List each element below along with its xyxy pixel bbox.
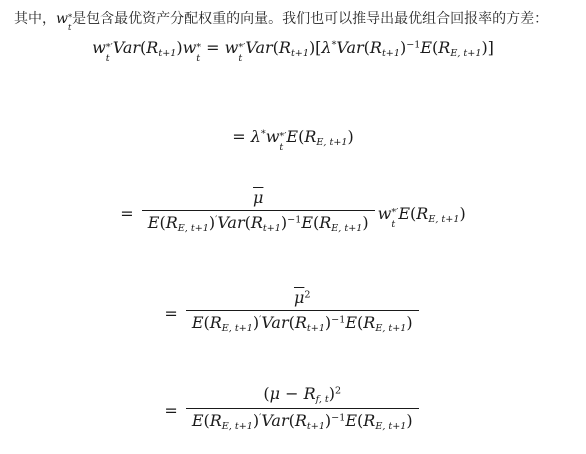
intro-text-suffix: 是包含最优资产分配权重的向量。我们也可以推导出最优组合回报率的方差： — [72, 10, 548, 26]
document-page: 其中，w*t是包含最优资产分配权重的向量。我们也可以推导出最优组合回报率的方差：… — [0, 0, 586, 454]
formula-mu-squared-form: = μ2E(RE, t+1)′Var(Rt+1)−1E(RE, t+1) — [0, 288, 586, 341]
inline-math-w-star-t: w*t — [56, 11, 72, 27]
intro-paragraph: 其中，w*t是包含最优资产分配权重的向量。我们也可以推导出最优组合回报率的方差： — [14, 8, 578, 32]
formula-excess-return-squared-form: = (μ − Rf, t)2E(RE, t+1)′Var(Rt+1)−1E(RE… — [0, 384, 586, 439]
formula-mu-fraction-form: = μE(RE, t+1)′Var(Rt+1)−1E(RE, t+1)w*′tE… — [0, 188, 586, 241]
intro-text-prefix: 其中， — [14, 10, 56, 26]
formula-variance-expansion: w*′tVar(Rt+1)w*t = w*′tVar(Rt+1)[λ*Var(R… — [0, 38, 586, 64]
formula-lambda-form: = λ*w*′tE(RE, t+1) — [0, 127, 586, 153]
